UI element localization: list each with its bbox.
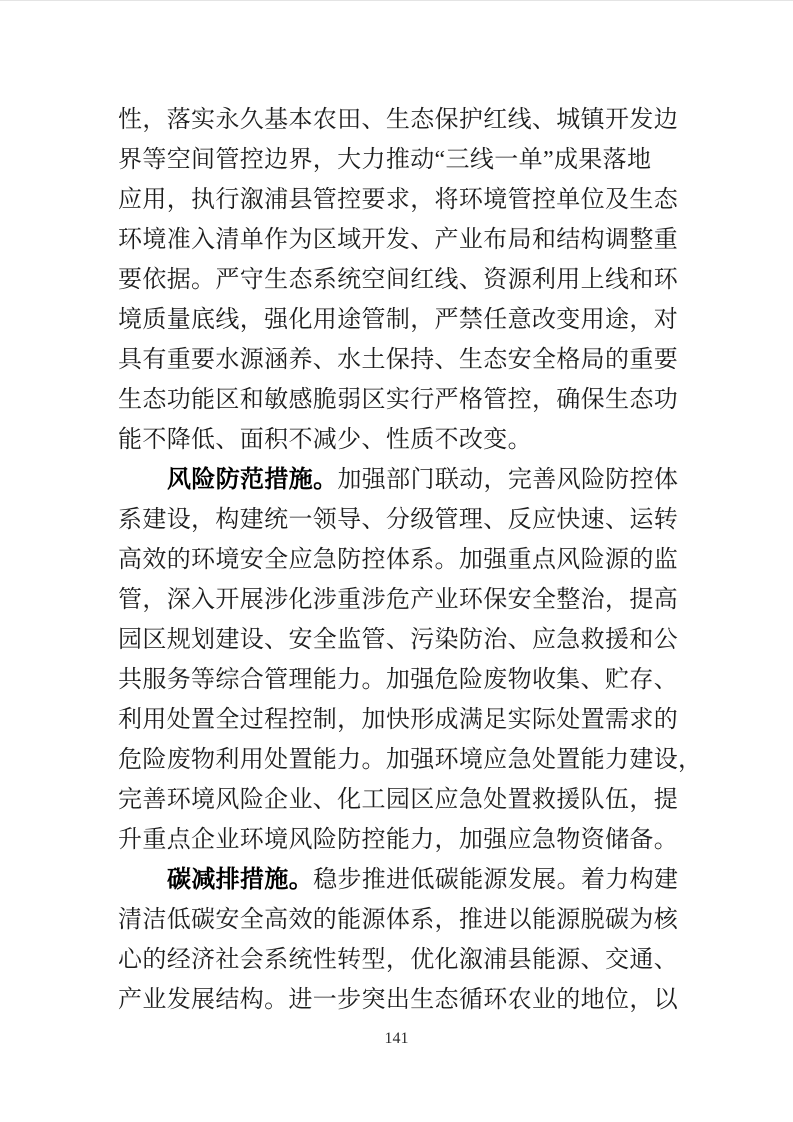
- paragraph: 性，落实永久基本农田、生态保护红线、城镇开发边界等空间管控边界，大力推动“三线一…: [118, 100, 682, 460]
- text-line: 管，深入开展涉化涉重涉危产业环保安全整治，提高: [118, 580, 682, 620]
- text-line: 界等空间管控边界，大力推动“三线一单”成果落地: [118, 140, 682, 180]
- paragraph-lead: 风险防范措施。: [167, 467, 337, 493]
- paragraph: 风险防范措施。加强部门联动，完善风险防控体系建设，构建统一领导、分级管理、反应快…: [118, 460, 682, 860]
- text-line: 产业发展结构。进一步突出生态循环农业的地位，以: [118, 980, 682, 1020]
- text-line: 风险防范措施。加强部门联动，完善风险防控体: [118, 460, 682, 500]
- text-line: 具有重要水源涵养、水土保持、生态安全格局的重要: [118, 340, 682, 380]
- text-line: 高效的环境安全应急防控体系。加强重点风险源的监: [118, 540, 682, 580]
- text-line: 生态功能区和敏感脆弱区实行严格管控，确保生态功: [118, 380, 682, 420]
- text-line: 利用处置全过程控制，加快形成满足实际处置需求的: [118, 700, 682, 740]
- text-line: 共服务等综合管理能力。加强危险废物收集、贮存、: [118, 660, 682, 700]
- page-number: 141: [0, 1030, 793, 1048]
- text-line: 能不降低、面积不减少、性质不改变。: [118, 420, 682, 460]
- text-block: 性，落实永久基本农田、生态保护红线、城镇开发边界等空间管控边界，大力推动“三线一…: [118, 100, 682, 1020]
- text-line: 园区规划建设、安全监管、污染防治、应急救援和公: [118, 620, 682, 660]
- text-line: 要依据。严守生态系统空间红线、资源利用上线和环: [118, 260, 682, 300]
- text-line: 应用，执行溆浦县管控要求，将环境管控单位及生态: [118, 180, 682, 220]
- text-line: 危险废物利用处置能力。加强环境应急处置能力建设，: [118, 740, 682, 780]
- paragraph-lead: 碳减排措施。: [167, 867, 313, 893]
- text-line: 碳减排措施。稳步推进低碳能源发展。着力构建: [118, 860, 682, 900]
- text-line: 境质量底线，强化用途管制，严禁任意改变用途，对: [118, 300, 682, 340]
- text-line: 完善环境风险企业、化工园区应急处置救援队伍，提: [118, 780, 682, 820]
- text-line: 升重点企业环境风险防控能力，加强应急物资储备。: [118, 820, 682, 860]
- text-line: 环境准入清单作为区域开发、产业布局和结构调整重: [118, 220, 682, 260]
- text-line: 性，落实永久基本农田、生态保护红线、城镇开发边: [118, 100, 682, 140]
- text-line: 系建设，构建统一领导、分级管理、反应快速、运转: [118, 500, 682, 540]
- text-line: 心的经济社会系统性转型，优化溆浦县能源、交通、: [118, 940, 682, 980]
- paragraph: 碳减排措施。稳步推进低碳能源发展。着力构建清洁低碳安全高效的能源体系，推进以能源…: [118, 860, 682, 1020]
- document-page: 性，落实永久基本农田、生态保护红线、城镇开发边界等空间管控边界，大力推动“三线一…: [0, 0, 793, 1122]
- text-line: 清洁低碳安全高效的能源体系，推进以能源脱碳为核: [118, 900, 682, 940]
